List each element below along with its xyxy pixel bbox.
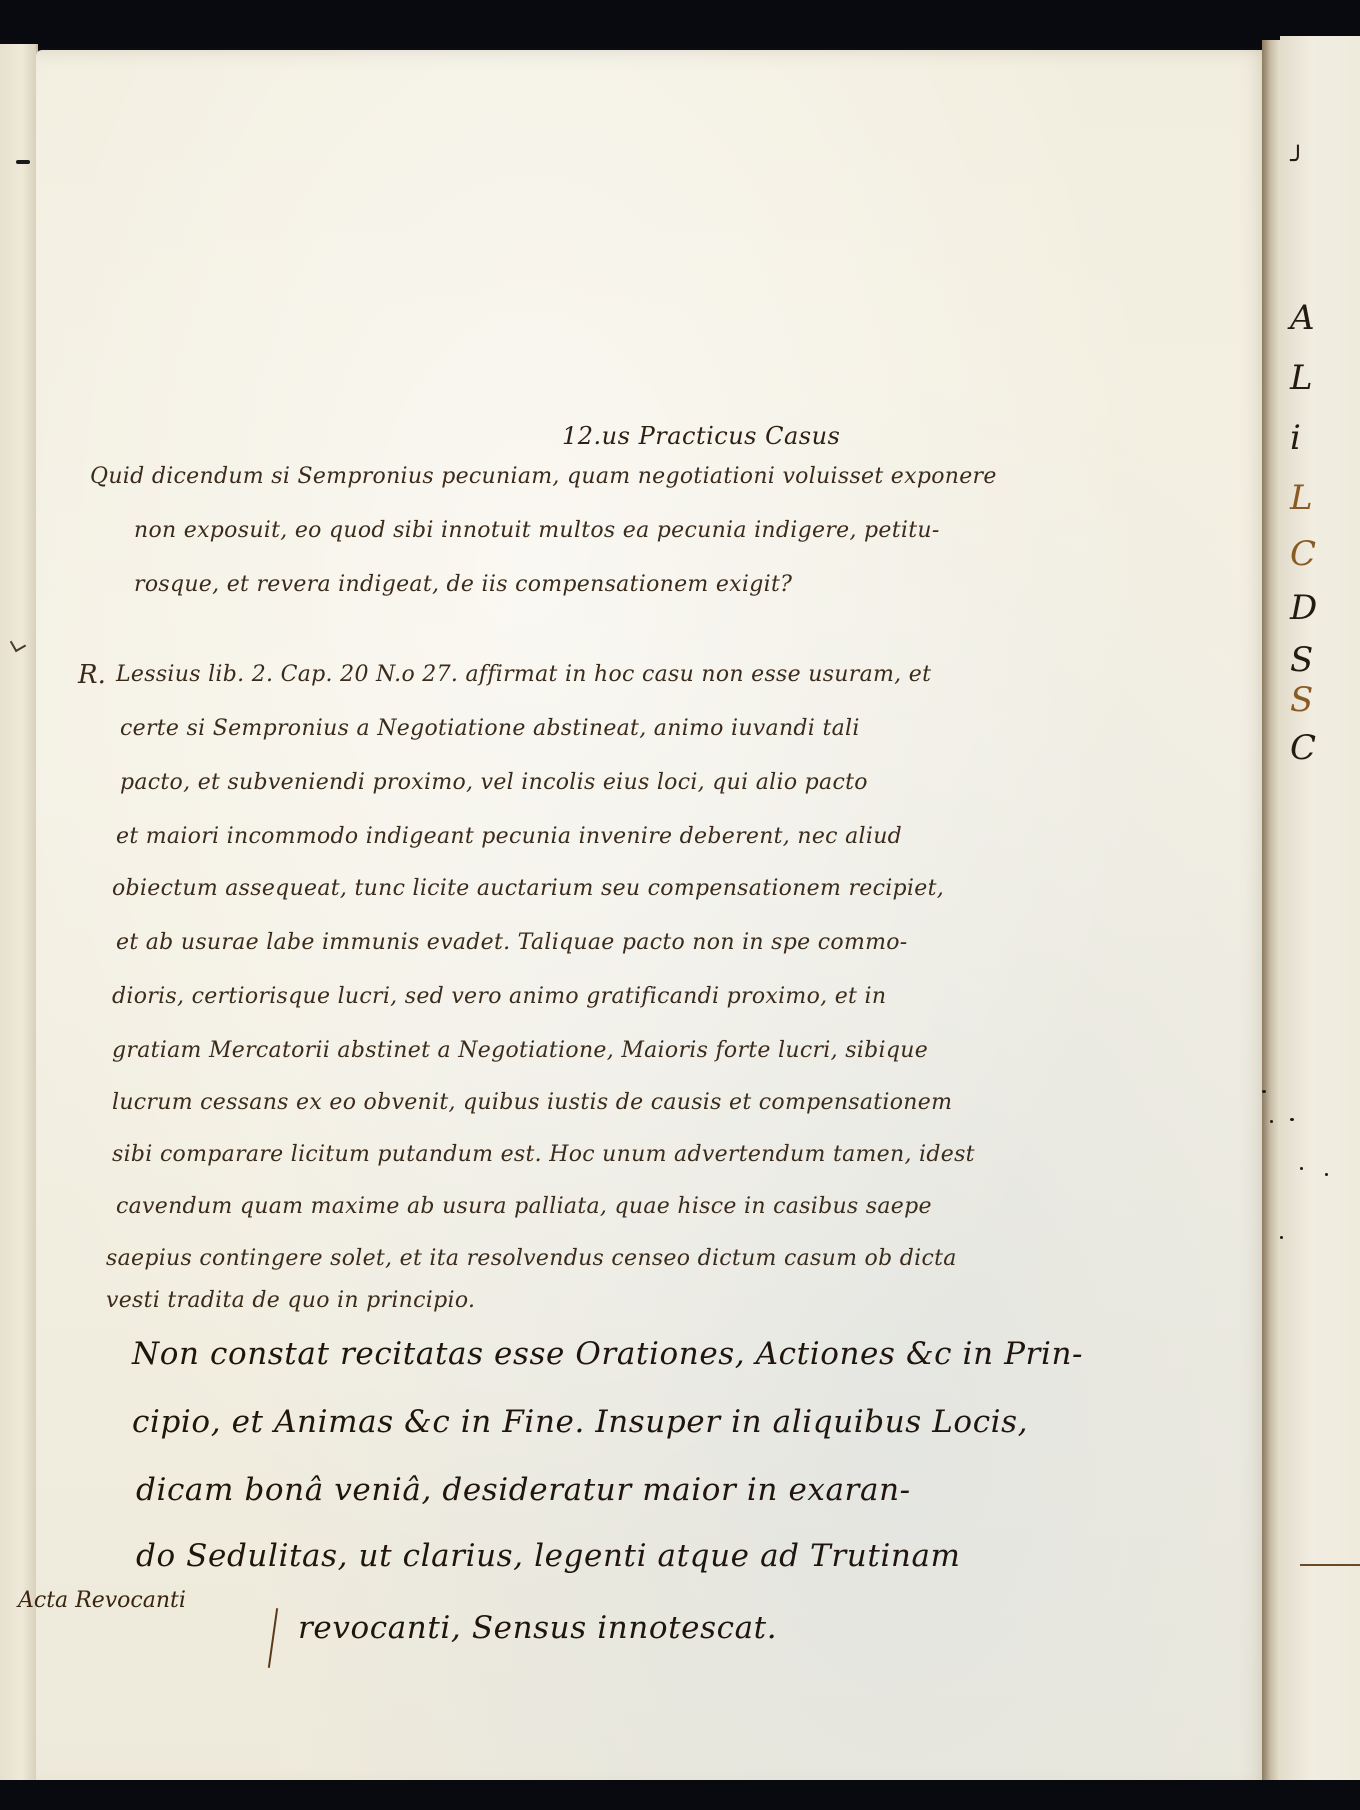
answer-line: vesti tradita de quo in principio. [106,1288,475,1313]
reviewer-note-line: dicam bonâ veniâ, desideratur maior in e… [136,1472,911,1508]
answer-line: gratiam Mercatorii abstinet a Negotiatio… [112,1038,928,1063]
left-flyleaf [0,44,38,1784]
response-marker: R. [78,660,106,690]
answer-line: et maiori incommodo indigeant pecunia in… [116,824,902,849]
answer-line: saepius contingere solet, et ita resolve… [106,1246,957,1271]
question-line: Quid dicendum si Sempronius pecuniam, qu… [90,464,997,489]
ink-speck [1270,1120,1273,1123]
facing-page-fragment: ╯ [1290,146,1306,176]
facing-page-fragment: S [1290,640,1313,680]
facing-page-fragment: S [1290,680,1313,720]
reviewer-note-line: revocanti, Sensus innotescat. [298,1610,777,1646]
facing-page-fragment: D [1290,588,1317,628]
reviewer-note-line: do Sedulitas, ut clarius, legenti atque … [136,1538,961,1574]
ink-speck [1290,1118,1294,1121]
facing-page-fragment: L [1290,358,1313,398]
reviewer-note-line: Non constat recitatas esse Orationes, Ac… [132,1336,1083,1372]
answer-line: obiectum assequeat, tunc licite auctariu… [112,876,944,901]
facing-page-fragment: A [1290,298,1315,338]
manuscript-page: 12.us Practicus Casus Quid dicendum si S… [36,50,1276,1790]
margin-check-mark-icon [10,636,26,652]
facing-page-fragment: i [1290,418,1301,458]
scan-background-bottom [0,1780,1360,1810]
answer-line: dioris, certiorisque lucri, sed vero ani… [112,984,886,1009]
answer-line: certe si Sempronius a Negotiatione absti… [120,716,860,741]
answer-line: sibi comparare licitum putandum est. Hoc… [112,1142,975,1167]
margin-dash-mark [16,160,30,164]
facing-page-fragment: L [1290,478,1313,518]
ink-speck [1300,1167,1303,1170]
question-line: non exposuit, eo quod sibi innotuit mult… [134,518,940,543]
ink-speck [1262,1090,1266,1093]
answer-line: et ab usurae labe immunis evadet. Taliqu… [116,930,908,955]
facing-page-edge: ╯ A L i L C D S S C [1280,36,1360,1780]
facing-page-rule [1300,1564,1360,1566]
margin-signature: Acta Revocanti [18,1588,186,1613]
case-heading: 12.us Practicus Casus [562,422,840,450]
book-gutter [1262,40,1280,1790]
facing-page-fragment: C [1290,728,1316,768]
reviewer-note-line: cipio, et Animas &c in Fine. Insuper in … [132,1404,1028,1440]
ink-speck [1280,1236,1283,1239]
answer-line: cavendum quam maxime ab usura palliata, … [116,1194,932,1219]
ink-speck [1325,1173,1328,1176]
facing-page-fragment: C [1290,534,1316,574]
answer-line: lucrum cessans ex eo obvenit, quibus ius… [112,1090,952,1115]
answer-line: Lessius lib. 2. Cap. 20 N.o 27. affirmat… [116,662,931,687]
answer-line: pacto, et subveniendi proximo, vel incol… [120,770,868,795]
scan-background-top [0,0,1360,48]
question-line: rosque, et revera indigeat, de iis compe… [134,572,792,597]
manuscript-scan: 12.us Practicus Casus Quid dicendum si S… [0,0,1360,1810]
